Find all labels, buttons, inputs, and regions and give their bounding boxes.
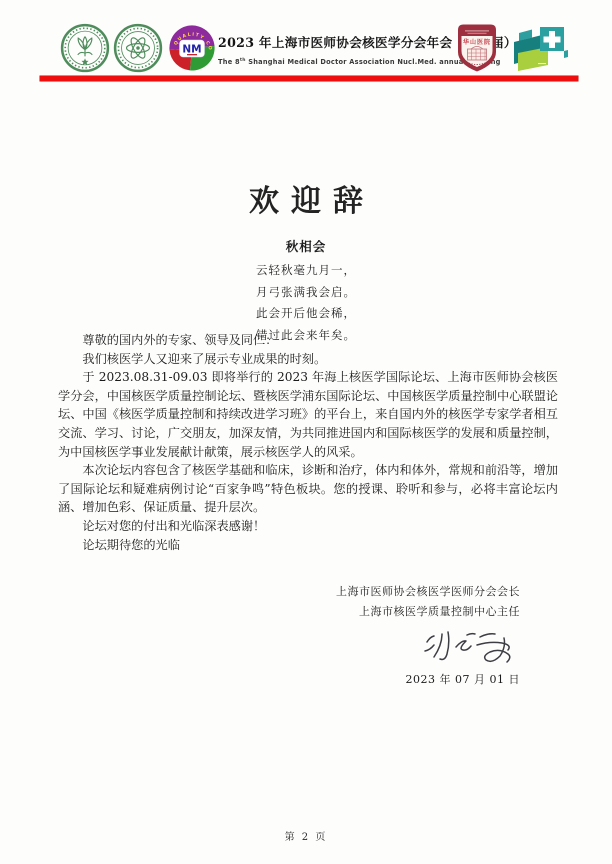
letter-body: 尊敬的国内外的专家、领导及同仁： 我们核医学人又迎来了展示专业成果的时刻。 于 …	[58, 331, 558, 554]
signer-title-1: 上海市医师协会核医学医师分会会长	[336, 582, 520, 602]
meeting-brand-logo	[511, 20, 569, 72]
conference-header-titles: 2023 年上海市医师协会核医学分会年会（第八届） The 8th Shangh…	[218, 32, 448, 66]
hospital-shield-icon: 华山医院	[455, 21, 499, 75]
society-seal-atom-logo	[113, 23, 163, 73]
page-number: 第 2 页	[0, 828, 612, 843]
poem-line: 云轻秋毫九月一，	[256, 260, 356, 282]
header-divider-rule	[40, 76, 578, 81]
paragraph: 本次论坛内容包含了核医学基础和临床，诊断和治疗，体内和体外，常规和前沿等，增加了…	[58, 461, 558, 517]
opening-poem: 秋相会 云轻秋毫九月一， 月弓张满我会启。 此会开后他会稀， 错过此会来年矣。	[0, 237, 612, 346]
seal-atom-icon	[113, 23, 163, 73]
conference-title-en: The 8th Shanghai Medical Doctor Associat…	[218, 58, 448, 66]
signature-block: 上海市医师协会核医学医师分会会长 上海市核医学质量控制中心主任 2023 年 0…	[336, 582, 520, 687]
paragraph: 我们核医学人又迎来了展示专业成果的时刻。	[58, 350, 558, 369]
closing-line: 论坛期待您的光临	[58, 536, 558, 555]
shield-title-text: 华山医院	[463, 38, 491, 46]
signer-title-2: 上海市核医学质量控制中心主任	[336, 602, 520, 622]
society-seal-flower-logo	[60, 23, 110, 73]
letter-title: 欢迎辞	[0, 176, 612, 220]
salutation: 尊敬的国内外的专家、领导及同仁：	[58, 331, 558, 350]
paragraph: 论坛对您的付出和光临深表感谢！	[58, 517, 558, 536]
letter-page: QUALITY CONTROL NM 2023 年上海市医师协会核医学分会年会（…	[0, 0, 612, 864]
poem-line: 月弓张满我会启。	[256, 282, 356, 304]
quality-control-nm-logo: QUALITY CONTROL NM	[168, 24, 216, 72]
nm-center-text: NM	[182, 44, 201, 56]
paragraph: 于 2023.08.31-09.03 即将举行的 2023 年海上核医学国际论坛…	[58, 368, 558, 461]
hospital-shield-logo: 华山医院	[455, 21, 499, 75]
teal-cross-arrows-icon	[511, 20, 569, 72]
nm-quality-control-icon: QUALITY CONTROL NM	[168, 24, 216, 72]
signature-date: 2023 年 07 月 01 日	[336, 671, 520, 687]
poem-line: 此会开后他会稀，	[256, 303, 356, 325]
handwritten-signature	[420, 623, 520, 669]
seal-flower-icon	[60, 23, 110, 73]
conference-title-cn: 2023 年上海市医师协会核医学分会年会（第八届）	[218, 32, 448, 51]
poem-title: 秋相会	[286, 237, 327, 255]
